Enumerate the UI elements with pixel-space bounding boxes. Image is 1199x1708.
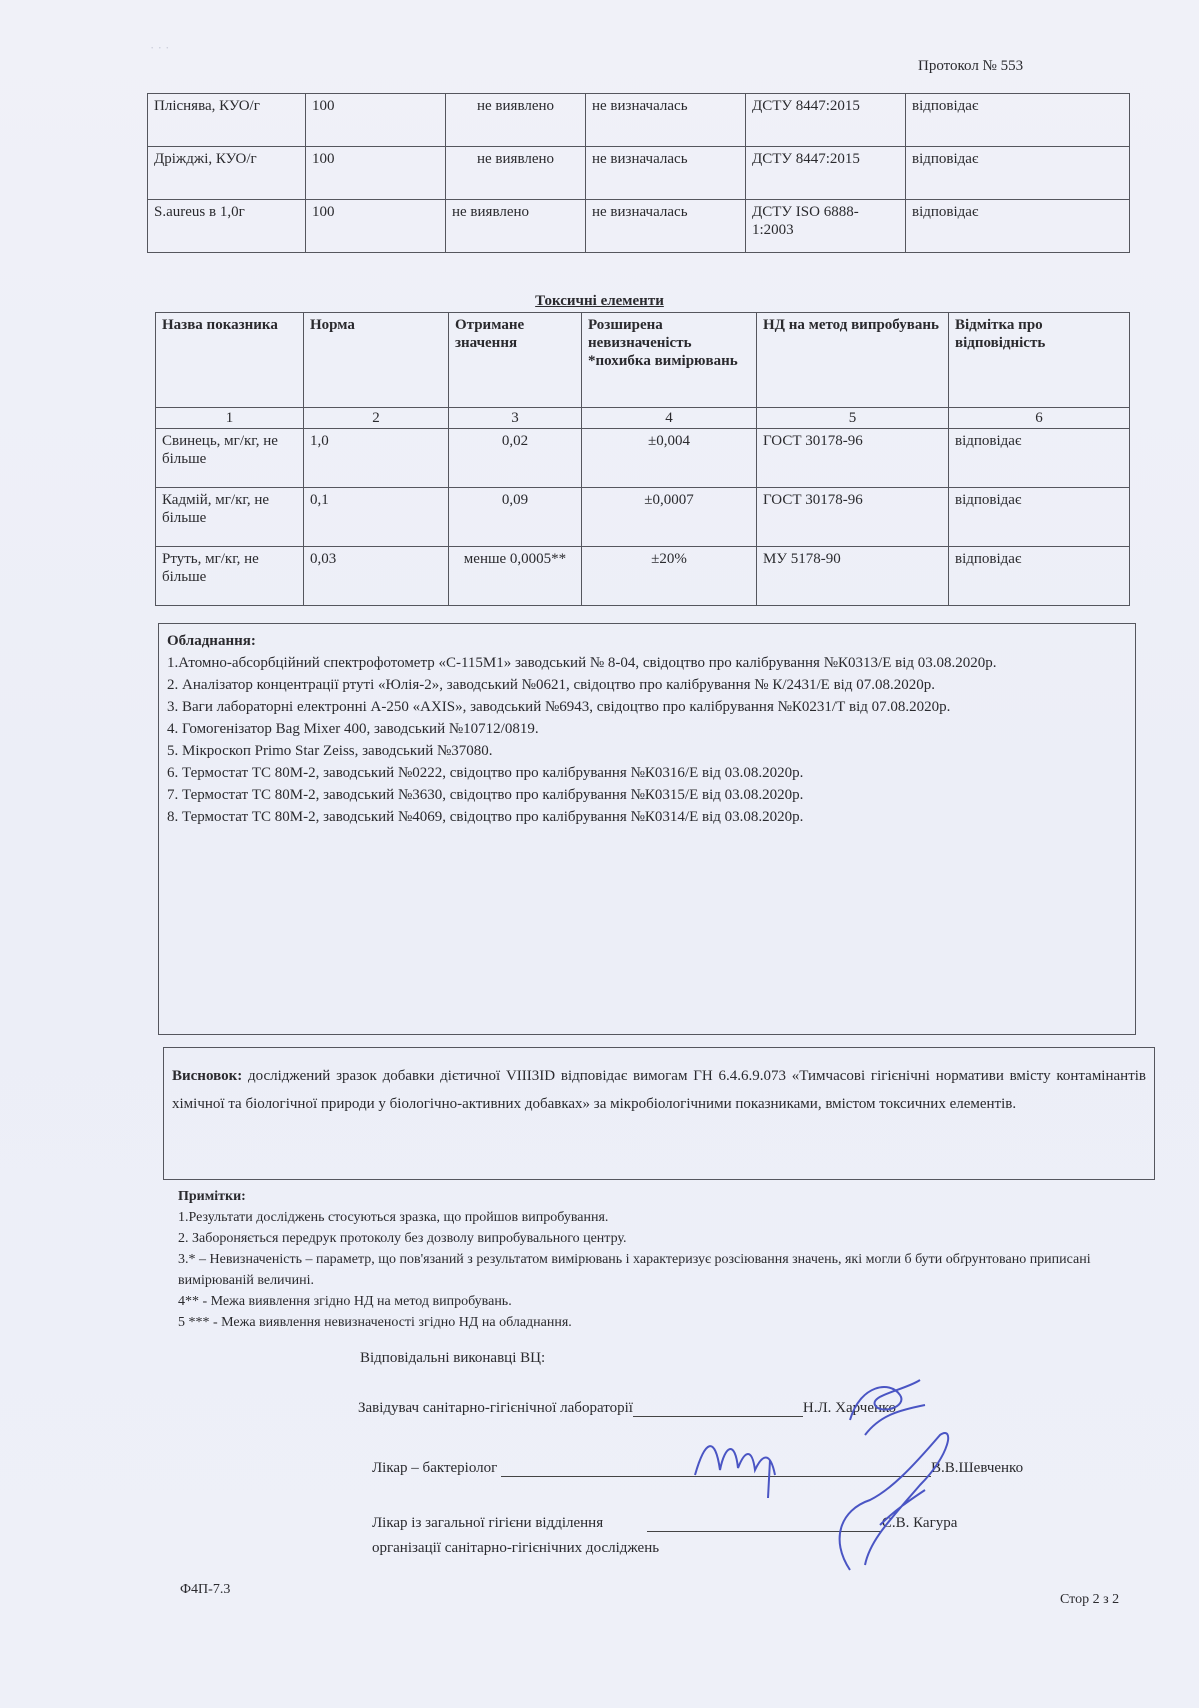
cell-conformity: відповідає — [949, 429, 1130, 488]
column-number-row: 1 2 3 4 5 6 — [156, 408, 1130, 429]
cell-norm: 100 — [306, 147, 446, 200]
signature-3-icon — [820, 1430, 980, 1580]
cell-actual: 0,09 — [449, 488, 582, 547]
cell-name: Дріжджі, КУО/г — [148, 147, 306, 200]
bleed-through-text: · · · — [150, 40, 170, 56]
col-header: Норма — [304, 313, 449, 408]
cell-method: ГОСТ 30178-96 — [757, 488, 949, 547]
cell-method: ГОСТ 30178-96 — [757, 429, 949, 488]
cell-method: ДСТУ 8447:2015 — [746, 147, 906, 200]
equipment-item: 5. Мікроскоп Primo Star Zeiss, заводськи… — [167, 740, 1127, 762]
cell-uncertainty: ±0,0007 — [582, 488, 757, 547]
cell-conformity: відповідає — [906, 200, 1130, 253]
col-number: 3 — [449, 408, 582, 429]
col-header: Розширена невизначеність *похибка вимірю… — [582, 313, 757, 408]
note-item: 3.* – Невизначеність – параметр, що пов'… — [178, 1249, 1158, 1291]
table-row: Свинець, мг/кг, не більше 1,0 0,02 ±0,00… — [156, 429, 1130, 488]
cell-uncertainty: ±0,004 — [582, 429, 757, 488]
table-row: S.aureus в 1,0г 100 не виявлено не визна… — [148, 200, 1130, 253]
note-item: 4** - Межа виявлення згідно НД на метод … — [178, 1291, 1158, 1312]
cell-method: ДСТУ ISO 6888-1:2003 — [746, 200, 906, 253]
col-number: 6 — [949, 408, 1130, 429]
signer-role-continued: організації санітарно-гігієнічних дослід… — [372, 1540, 659, 1557]
col-header: НД на метод випробувань — [757, 313, 949, 408]
note-item: 1.Результати досліджень стосуються зразк… — [178, 1207, 1158, 1228]
col-number: 4 — [582, 408, 757, 429]
document-page: · · · Протокол № 553 Пліснява, КУО/г 100… — [0, 0, 1199, 1708]
equipment-title: Обладнання: — [167, 630, 1127, 652]
form-code: Ф4П-7.3 — [180, 1582, 230, 1598]
col-header: Назва показника — [156, 313, 304, 408]
microbiology-table: Пліснява, КУО/г 100 не виявлено не визна… — [147, 93, 1130, 253]
cell-method: ДСТУ 8447:2015 — [746, 94, 906, 147]
cell-method: МУ 5178-90 — [757, 547, 949, 606]
conclusion-box: Висновок: досліджений зразок добавки діє… — [163, 1047, 1155, 1180]
table-row: Пліснява, КУО/г 100 не виявлено не визна… — [148, 94, 1130, 147]
cell-uncertainty: не визначалась — [586, 94, 746, 147]
cell-conformity: відповідає — [949, 547, 1130, 606]
cell-name: Ртуть, мг/кг, не більше — [156, 547, 304, 606]
cell-uncertainty: ±20% — [582, 547, 757, 606]
cell-norm: 100 — [306, 200, 446, 253]
cell-actual: не виявлено — [446, 94, 586, 147]
equipment-item: 7. Термостат ТС 80М-2, заводський №3630,… — [167, 784, 1127, 806]
cell-uncertainty: не визначалась — [586, 147, 746, 200]
cell-norm: 0,03 — [304, 547, 449, 606]
equipment-item: 1.Атомно-абсорбційний спектрофотометр «С… — [167, 652, 1127, 674]
cell-norm: 1,0 — [304, 429, 449, 488]
toxic-elements-table: Назва показника Норма Отримане значення … — [155, 312, 1130, 606]
cell-norm: 0,1 — [304, 488, 449, 547]
notes-section: Примітки: 1.Результати досліджень стосую… — [178, 1186, 1158, 1333]
table-row: Дріжджі, КУО/г 100 не виявлено не визнач… — [148, 147, 1130, 200]
col-number: 5 — [757, 408, 949, 429]
cell-conformity: відповідає — [949, 488, 1130, 547]
table-row: Кадмій, мг/кг, не більше 0,1 0,09 ±0,000… — [156, 488, 1130, 547]
cell-actual: менше 0,0005** — [449, 547, 582, 606]
conclusion-text: досліджений зразок добавки дієтичної VII… — [172, 1068, 1146, 1112]
equipment-item: 6. Термостат ТС 80М-2, заводський №0222,… — [167, 762, 1127, 784]
signatures-intro: Відповідальні виконавці ВЦ: — [360, 1350, 545, 1367]
cell-conformity: відповідає — [906, 94, 1130, 147]
signer-role: Лікар – бактеріолог — [372, 1460, 497, 1476]
equipment-item: 2. Аналізатор концентрації ртуті «Юлія-2… — [167, 674, 1127, 696]
signer-role: Завідувач санітарно-гігієнічної лаборато… — [358, 1400, 633, 1416]
cell-uncertainty: не визначалась — [586, 200, 746, 253]
equipment-item: 4. Гомогенізатор Bag Mixer 400, заводськ… — [167, 718, 1127, 740]
table-row: Ртуть, мг/кг, не більше 0,03 менше 0,000… — [156, 547, 1130, 606]
equipment-item: 3. Ваги лабораторні електронні А-250 «АХ… — [167, 696, 1127, 718]
cell-name: Кадмій, мг/кг, не більше — [156, 488, 304, 547]
col-header: Отримане значення — [449, 313, 582, 408]
cell-conformity: відповідає — [906, 147, 1130, 200]
notes-title: Примітки: — [178, 1186, 1158, 1207]
cell-actual: не виявлено — [446, 147, 586, 200]
heading-text: Токсичні елементи — [535, 293, 664, 309]
note-item: 5 *** - Межа виявлення невизначеності зг… — [178, 1312, 1158, 1333]
cell-actual: не виявлено — [446, 200, 586, 253]
page-number: Стор 2 з 2 — [1060, 1592, 1119, 1608]
toxic-elements-heading: Токсичні елементи — [0, 293, 1199, 310]
equipment-box: Обладнання: 1.Атомно-абсорбційний спектр… — [158, 623, 1136, 1035]
cell-actual: 0,02 — [449, 429, 582, 488]
signature-2-icon — [690, 1430, 810, 1500]
signature-row: Завідувач санітарно-гігієнічної лаборато… — [358, 1400, 896, 1417]
col-header: Відмітка про відповідність — [949, 313, 1130, 408]
note-item: 2. Забороняється передрук протоколу без … — [178, 1228, 1158, 1249]
col-number: 1 — [156, 408, 304, 429]
protocol-number: Протокол № 553 — [918, 58, 1023, 75]
cell-norm: 100 — [306, 94, 446, 147]
conclusion-label: Висновок: — [172, 1068, 242, 1084]
equipment-item: 8. Термостат ТС 80М-2, заводський №4069,… — [167, 806, 1127, 828]
signer-role: Лікар із загальної гігієни відділення — [372, 1515, 603, 1531]
cell-name: Свинець, мг/кг, не більше — [156, 429, 304, 488]
col-number: 2 — [304, 408, 449, 429]
cell-name: Пліснява, КУО/г — [148, 94, 306, 147]
signature-line — [633, 1416, 803, 1417]
table-header-row: Назва показника Норма Отримане значення … — [156, 313, 1130, 408]
cell-name: S.aureus в 1,0г — [148, 200, 306, 253]
